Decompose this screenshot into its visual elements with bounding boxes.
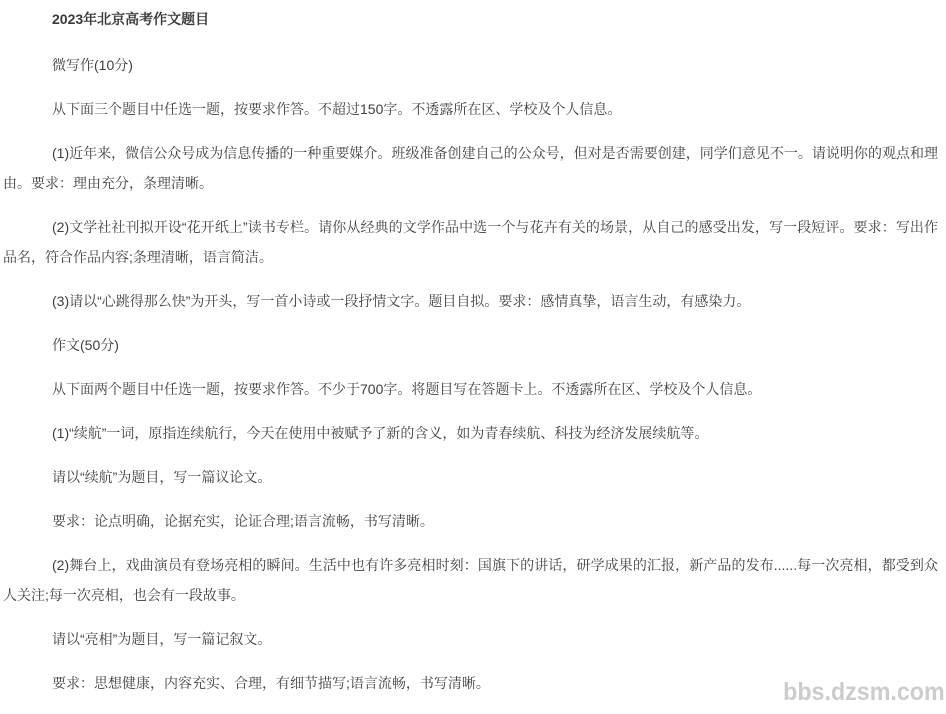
micro-writing-item-3: (3)请以“心跳得那么快”为开头，写一首小诗或一段抒情文字。题目自拟。要求：感情… [3,286,938,316]
micro-writing-heading: 微写作(10分) [3,50,938,80]
document-title: 2023年北京高考作文题目 [3,4,938,34]
micro-writing-item-2: (2)文学社社刊拟开设“花开纸上”读书专栏。请你从经典的文学作品中选一个与花卉有… [3,212,938,272]
article-page: 2023年北京高考作文题目 微写作(10分) 从下面三个题目中任选一题，按要求作… [0,0,946,714]
essay-topic-1-requirements: 要求：论点明确，论据充实，论证合理;语言流畅，书写清晰。 [3,506,938,536]
site-watermark: bbs.dzsm.com [783,678,945,707]
essay-topic-2: (2)舞台上，戏曲演员有登场亮相的瞬间。生活中也有许多亮相时刻：国旗下的讲话，研… [3,550,938,610]
essay-topic-2-genre: 请以“亮相”为题目，写一篇记叙文。 [3,624,938,654]
essay-topic-1: (1)“续航”一词，原指连续航行，今天在使用中被赋予了新的含义，如为青春续航、科… [3,418,938,448]
essay-topic-1-genre: 请以“续航”为题目，写一篇议论文。 [3,462,938,492]
article-body: 2023年北京高考作文题目 微写作(10分) 从下面三个题目中任选一题，按要求作… [0,0,946,698]
micro-writing-item-1: (1)近年来，微信公众号成为信息传播的一种重要媒介。班级准备创建自己的公众号，但… [3,138,938,198]
essay-instructions: 从下面两个题目中任选一题，按要求作答。不少于700字。将题目写在答题卡上。不透露… [3,374,938,404]
essay-heading: 作文(50分) [3,330,938,360]
micro-writing-instructions: 从下面三个题目中任选一题，按要求作答。不超过150字。不透露所在区、学校及个人信… [3,94,938,124]
